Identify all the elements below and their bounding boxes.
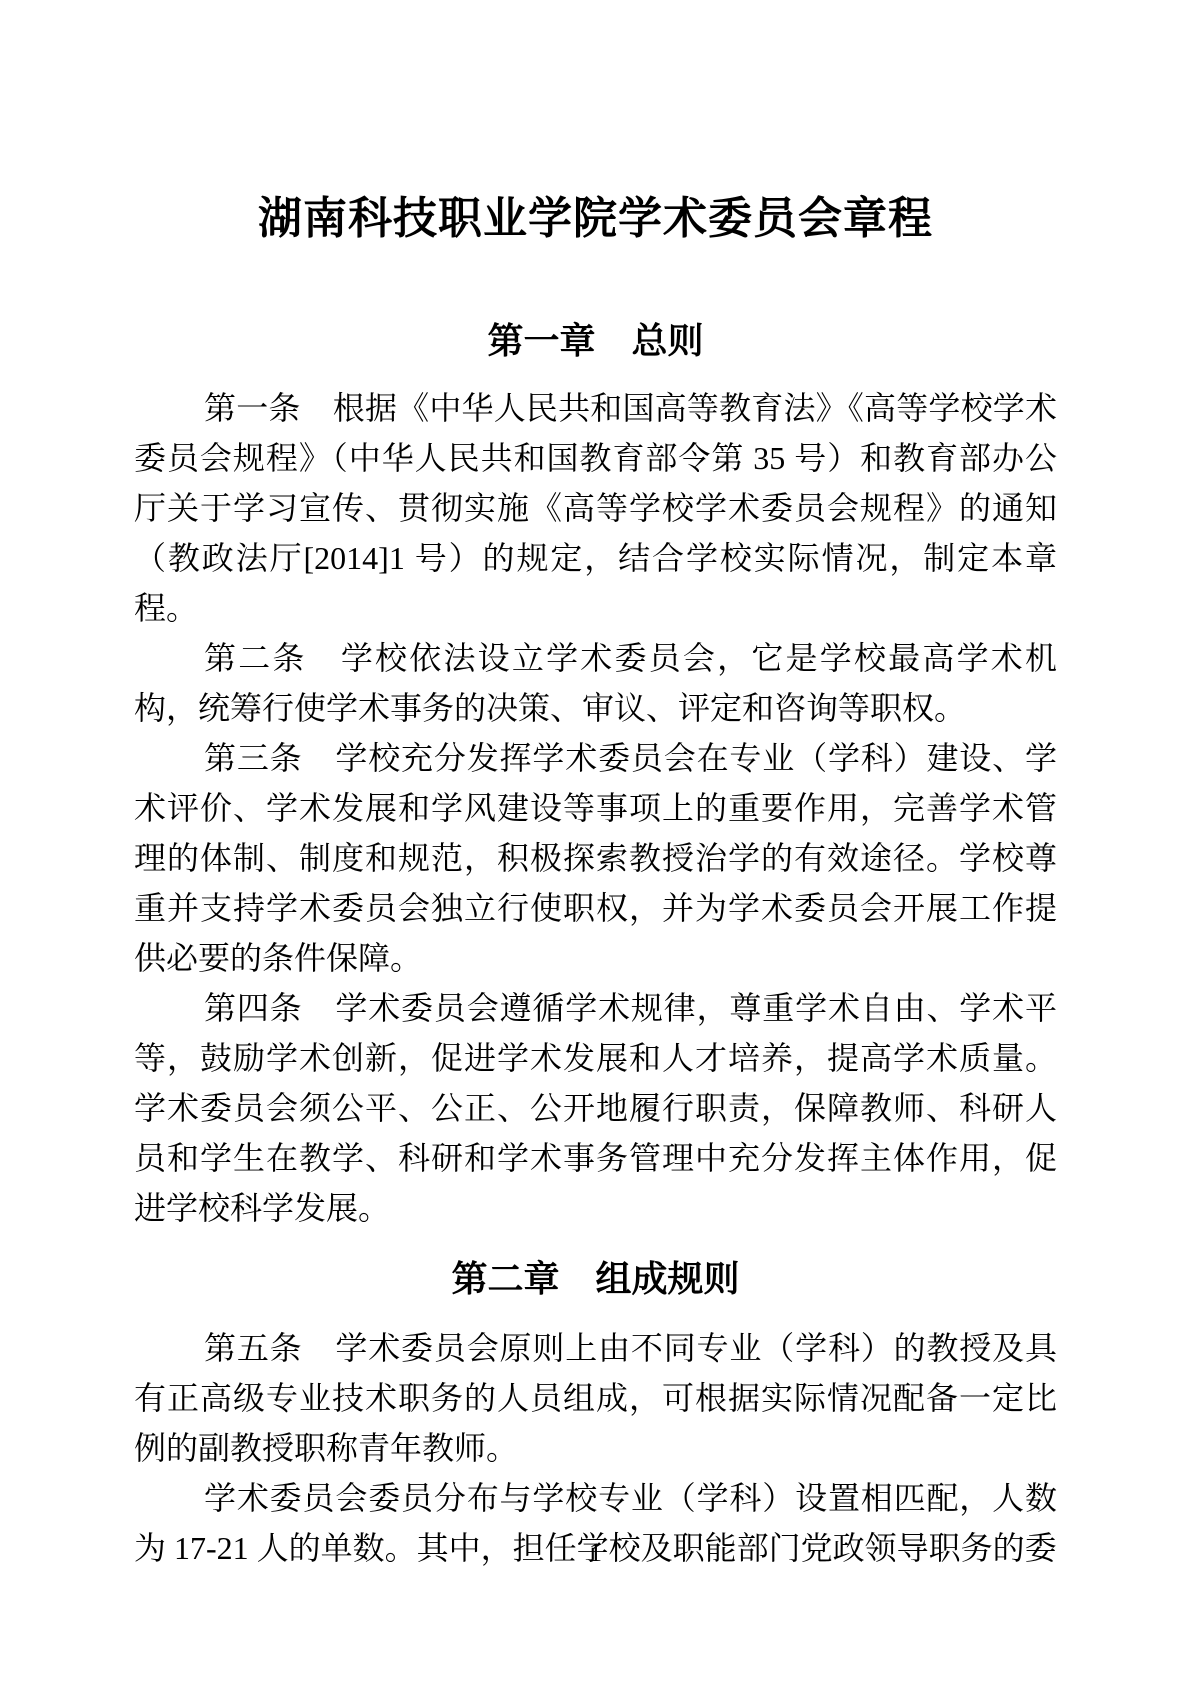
paragraph-article-4: 第四条 学术委员会遵循学术规律，尊重学术自由、学术平等，鼓励学术创新，促进学术发… <box>134 983 1057 1233</box>
paragraph-article-3: 第三条 学校充分发挥学术委员会在专业（学科）建设、学术评价、学术发展和学风建设等… <box>134 733 1057 983</box>
document-content: 湖南科技职业学院学术委员会章程 第一章 总则 第一条 根据《中华人民共和国高等教… <box>0 0 1191 1573</box>
document-page: 湖南科技职业学院学术委员会章程 第一章 总则 第一条 根据《中华人民共和国高等教… <box>0 0 1191 1684</box>
chapter-1-heading: 第一章 总则 <box>134 317 1057 365</box>
chapter-2-heading: 第二章 组成规则 <box>134 1255 1057 1303</box>
paragraph-article-2: 第二条 学校依法设立学术委员会，它是学校最高学术机构，统筹行使学术事务的决策、审… <box>134 633 1057 733</box>
page-number: 1 <box>0 1538 1191 1568</box>
paragraph-article-5: 第五条 学术委员会原则上由不同专业（学科）的教授及具有正高级专业技术职务的人员组… <box>134 1323 1057 1473</box>
paragraph-article-1: 第一条 根据《中华人民共和国高等教育法》《高等学校学术委员会规程》（中华人民共和… <box>134 383 1057 633</box>
document-title: 湖南科技职业学院学术委员会章程 <box>134 193 1057 245</box>
